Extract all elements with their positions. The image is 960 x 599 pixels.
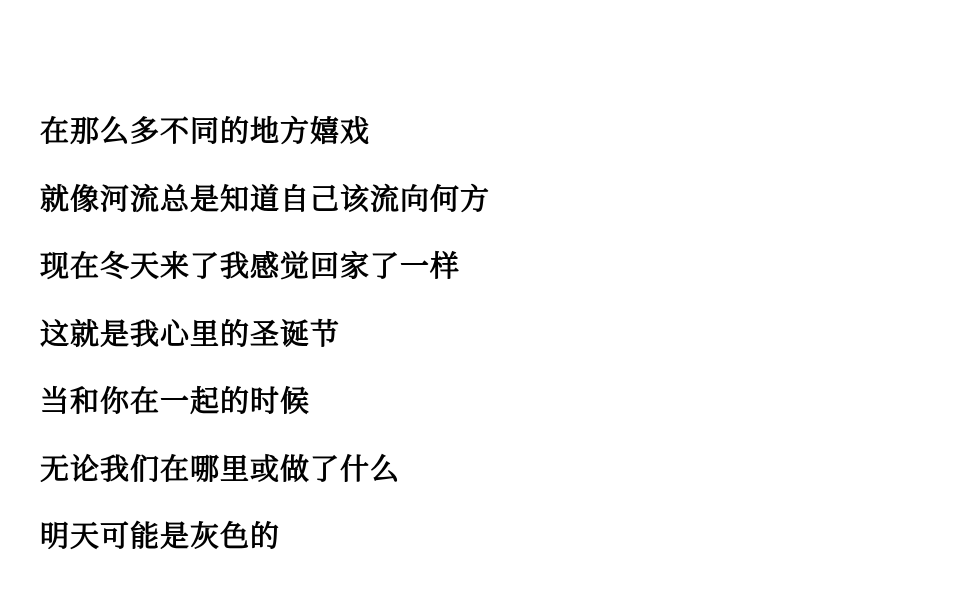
lyric-line-2: 就像河流总是知道自己该流向何方 <box>40 166 940 234</box>
lyric-line-1: 在那么多不同的地方嬉戏 <box>40 98 940 166</box>
lyric-line-6: 无论我们在哪里或做了什么 <box>40 436 940 504</box>
lyric-line-5: 当和你在一起的时候 <box>40 368 940 436</box>
lyric-line-4: 这就是我心里的圣诞节 <box>40 301 940 369</box>
lyric-line-7: 明天可能是灰色的 <box>40 503 940 571</box>
lyrics-page: 在那么多不同的地方嬉戏 就像河流总是知道自己该流向何方 现在冬天来了我感觉回家了… <box>0 0 960 599</box>
lyric-line-3: 现在冬天来了我感觉回家了一样 <box>40 233 940 301</box>
